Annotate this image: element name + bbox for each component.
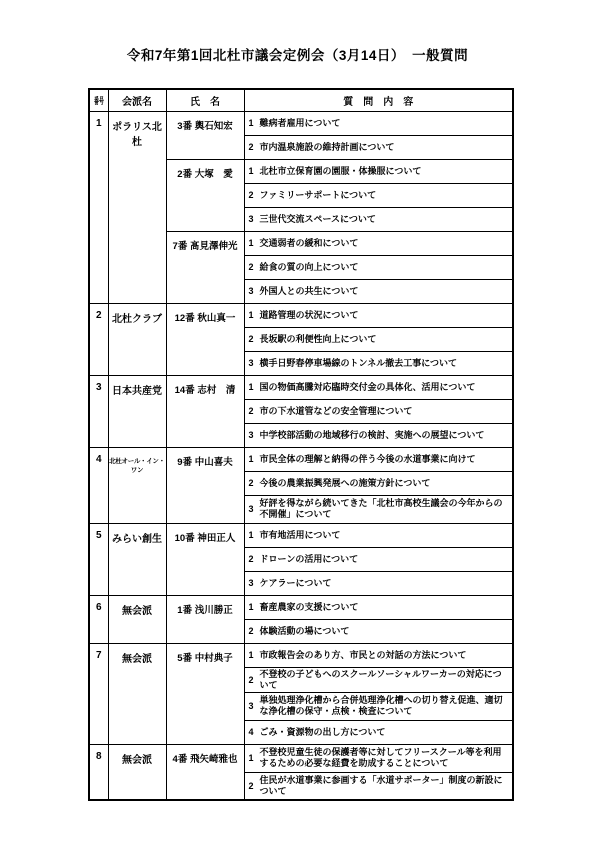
question-cell: 2ファミリーサポートについて xyxy=(244,183,513,207)
faction-cell: 無会派 xyxy=(108,595,166,643)
question-number: 2 xyxy=(249,675,257,685)
question-number: 2 xyxy=(249,262,257,272)
row-number-cell: 4 xyxy=(89,447,108,523)
question-text: 外国人との共生について xyxy=(260,286,511,297)
question-text: 市政報告会のあり方、市民との対話の方法について xyxy=(260,650,511,661)
question-text: 市有地活用について xyxy=(260,530,511,541)
question-number: 3 xyxy=(249,578,257,588)
question-number: 3 xyxy=(249,358,257,368)
question-cell: 2ドローンの活用について xyxy=(244,547,513,571)
question-text: 長坂駅の利便性向上について xyxy=(260,334,511,345)
faction-cell: 日本共産党 xyxy=(108,375,166,447)
question-cell: 3好評を得ながら続いてきた「北杜市高校生議会の今年からの不開催」について xyxy=(244,495,513,523)
row-number-cell: 7 xyxy=(89,643,108,744)
member-name-cell: 2番 大塚 愛 xyxy=(166,159,244,231)
table-header-no: 番号 xyxy=(89,89,108,111)
question-text: 不登校の子どもへのスクールソーシャルワーカーの対応について xyxy=(260,669,511,691)
page-title: 令和7年第1回北杜市議会定例会（3月14日） 一般質問 xyxy=(0,44,595,64)
faction-cell: 無会派 xyxy=(108,744,166,800)
table-row: 1 ポラリス北杜 3番 輿石知宏 1難病者雇用について xyxy=(89,111,513,135)
question-text: ケアラーについて xyxy=(260,578,511,589)
question-number: 1 xyxy=(249,650,257,660)
member-name-cell: 9番 中山喜夫 xyxy=(166,447,244,523)
question-text: 市の下水道管などの安全管理について xyxy=(260,406,511,417)
question-cell: 1交通弱者の緩和について xyxy=(244,231,513,255)
question-cell: 2給食の質の向上について xyxy=(244,255,513,279)
faction-cell: ポラリス北杜 xyxy=(108,111,166,303)
question-number: 1 xyxy=(249,454,257,464)
question-cell: 3単独処理浄化槽から合併処理浄化槽への切り替え促進、適切な浄化槽の保守・点検・検… xyxy=(244,692,513,720)
table-row: 3 日本共産党 14番 志村 清 1国の物価高騰対応臨時交付金の具体化、活用につ… xyxy=(89,375,513,399)
question-number: 2 xyxy=(249,554,257,564)
question-cell: 1不登校児童生徒の保護者等に対してフリースクール等を利用するための必要な経費を助… xyxy=(244,744,513,772)
row-number-cell: 2 xyxy=(89,303,108,375)
table-row: 8 無会派 4番 飛矢崎雅也 1不登校児童生徒の保護者等に対してフリースクール等… xyxy=(89,744,513,772)
question-number: 1 xyxy=(249,238,257,248)
document-page: 令和7年第1回北杜市議会定例会（3月14日） 一般質問 番号 会派名 氏 名 質… xyxy=(0,0,595,841)
member-name-cell: 7番 髙見澤伸光 xyxy=(166,231,244,303)
question-text: 住民が水道事業に参画する「水道サポーター」制度の新設について xyxy=(260,775,511,797)
table-row: 5 みらい創生 10番 神田正人 1市有地活用について xyxy=(89,523,513,547)
member-name-cell: 1番 浅川勝正 xyxy=(166,595,244,643)
question-number: 3 xyxy=(249,504,257,514)
question-cell: 3横手日野春停車場線のトンネル撤去工事について xyxy=(244,351,513,375)
table-header-no-label: 番号 xyxy=(94,94,104,107)
question-text: 市内温泉施設の維持計画について xyxy=(260,142,511,153)
question-cell: 2住民が水道事業に参画する「水道サポーター」制度の新設について xyxy=(244,772,513,800)
table-row: 7 無会派 5番 中村典子 1市政報告会のあり方、市民との対話の方法について xyxy=(89,643,513,667)
faction-cell: 無会派 xyxy=(108,643,166,744)
question-text: 体験活動の場について xyxy=(260,626,511,637)
question-text: ファミリーサポートについて xyxy=(260,190,511,201)
question-text: 中学校部活動の地域移行の検討、実施への展望について xyxy=(260,430,511,441)
question-cell: 3三世代交流スペースについて xyxy=(244,207,513,231)
table-row: 2 北杜クラブ 12番 秋山真一 1道路管理の状況について xyxy=(89,303,513,327)
question-number: 2 xyxy=(249,334,257,344)
question-text: 給食の質の向上について xyxy=(260,262,511,273)
question-cell: 2不登校の子どもへのスクールソーシャルワーカーの対応について xyxy=(244,667,513,692)
question-text: 不登校児童生徒の保護者等に対してフリースクール等を利用するための必要な経費を助成… xyxy=(260,747,511,769)
question-text: 好評を得ながら続いてきた「北杜市高校生議会の今年からの不開催」について xyxy=(260,498,511,520)
question-number: 2 xyxy=(249,478,257,488)
table-header-faction: 会派名 xyxy=(108,89,166,111)
row-number-cell: 5 xyxy=(89,523,108,595)
question-text: 難病者雇用について xyxy=(260,118,511,129)
question-text: 市民全体の理解と納得の伴う今後の水道事業に向けて xyxy=(260,454,511,465)
row-number-cell: 6 xyxy=(89,595,108,643)
question-text: 北杜市立保育園の園服・体操服について xyxy=(260,166,511,177)
question-cell: 1市有地活用について xyxy=(244,523,513,547)
faction-cell: 北杜クラブ xyxy=(108,303,166,375)
question-number: 4 xyxy=(249,727,257,737)
member-name-cell: 12番 秋山真一 xyxy=(166,303,244,375)
question-number: 3 xyxy=(249,286,257,296)
row-number-cell: 1 xyxy=(89,111,108,303)
question-text: 横手日野春停車場線のトンネル撤去工事について xyxy=(260,358,511,369)
table-header-row: 番号 会派名 氏 名 質 問 内 容 xyxy=(89,89,513,111)
question-text: 畜産農家の支援について xyxy=(260,602,511,613)
question-cell: 1難病者雇用について xyxy=(244,111,513,135)
question-text: ドローンの活用について xyxy=(260,554,511,565)
table-row: 6 無会派 1番 浅川勝正 1畜産農家の支援について xyxy=(89,595,513,619)
question-cell: 1畜産農家の支援について xyxy=(244,595,513,619)
member-name-cell: 5番 中村典子 xyxy=(166,643,244,744)
question-cell: 3中学校部活動の地域移行の検討、実施への展望について xyxy=(244,423,513,447)
question-cell: 2市内温泉施設の維持計画について xyxy=(244,135,513,159)
question-cell: 2体験活動の場について xyxy=(244,619,513,643)
question-cell: 3ケアラーについて xyxy=(244,571,513,595)
question-number: 1 xyxy=(249,118,257,128)
question-cell: 1北杜市立保育園の園服・体操服について xyxy=(244,159,513,183)
question-number: 1 xyxy=(249,753,257,763)
faction-cell: みらい創生 xyxy=(108,523,166,595)
question-number: 1 xyxy=(249,382,257,392)
question-number: 1 xyxy=(249,310,257,320)
member-name-cell: 4番 飛矢崎雅也 xyxy=(166,744,244,800)
question-cell: 2今後の農業振興発展への施策方針について xyxy=(244,471,513,495)
question-number: 1 xyxy=(249,602,257,612)
question-number: 2 xyxy=(249,781,257,791)
member-name-cell: 10番 神田正人 xyxy=(166,523,244,595)
question-text: ごみ・資源物の出し方について xyxy=(260,727,511,738)
question-table: 番号 会派名 氏 名 質 問 内 容 1 ポラリス北杜 3番 輿石知宏 1難病者… xyxy=(88,88,514,801)
faction-cell: 北杜オール・イン・ワン xyxy=(108,447,166,523)
member-name-cell: 3番 輿石知宏 xyxy=(166,111,244,159)
question-cell: 3外国人との共生について xyxy=(244,279,513,303)
question-number: 2 xyxy=(249,626,257,636)
question-cell: 2市の下水道管などの安全管理について xyxy=(244,399,513,423)
question-text: 交通弱者の緩和について xyxy=(260,238,511,249)
question-number: 1 xyxy=(249,530,257,540)
member-name-cell: 14番 志村 清 xyxy=(166,375,244,447)
question-cell: 1市政報告会のあり方、市民との対話の方法について xyxy=(244,643,513,667)
question-text: 三世代交流スペースについて xyxy=(260,214,511,225)
question-number: 2 xyxy=(249,142,257,152)
question-number: 2 xyxy=(249,190,257,200)
row-number-cell: 3 xyxy=(89,375,108,447)
question-cell: 1道路管理の状況について xyxy=(244,303,513,327)
question-cell: 1市民全体の理解と納得の伴う今後の水道事業に向けて xyxy=(244,447,513,471)
question-cell: 4ごみ・資源物の出し方について xyxy=(244,720,513,744)
question-cell: 1国の物価高騰対応臨時交付金の具体化、活用について xyxy=(244,375,513,399)
question-number: 1 xyxy=(249,166,257,176)
question-number: 2 xyxy=(249,406,257,416)
question-number: 3 xyxy=(249,214,257,224)
question-number: 3 xyxy=(249,701,257,711)
table-header-content: 質 問 内 容 xyxy=(244,89,513,111)
question-text: 今後の農業振興発展への施策方針について xyxy=(260,478,511,489)
table-row: 4 北杜オール・イン・ワン 9番 中山喜夫 1市民全体の理解と納得の伴う今後の水… xyxy=(89,447,513,471)
question-text: 道路管理の状況について xyxy=(260,310,511,321)
question-text: 単独処理浄化槽から合併処理浄化槽への切り替え促進、適切な浄化槽の保守・点検・検査… xyxy=(260,695,511,717)
row-number-cell: 8 xyxy=(89,744,108,800)
question-cell: 2長坂駅の利便性向上について xyxy=(244,327,513,351)
table-header-name: 氏 名 xyxy=(166,89,244,111)
question-number: 3 xyxy=(249,430,257,440)
question-text: 国の物価高騰対応臨時交付金の具体化、活用について xyxy=(260,382,511,393)
